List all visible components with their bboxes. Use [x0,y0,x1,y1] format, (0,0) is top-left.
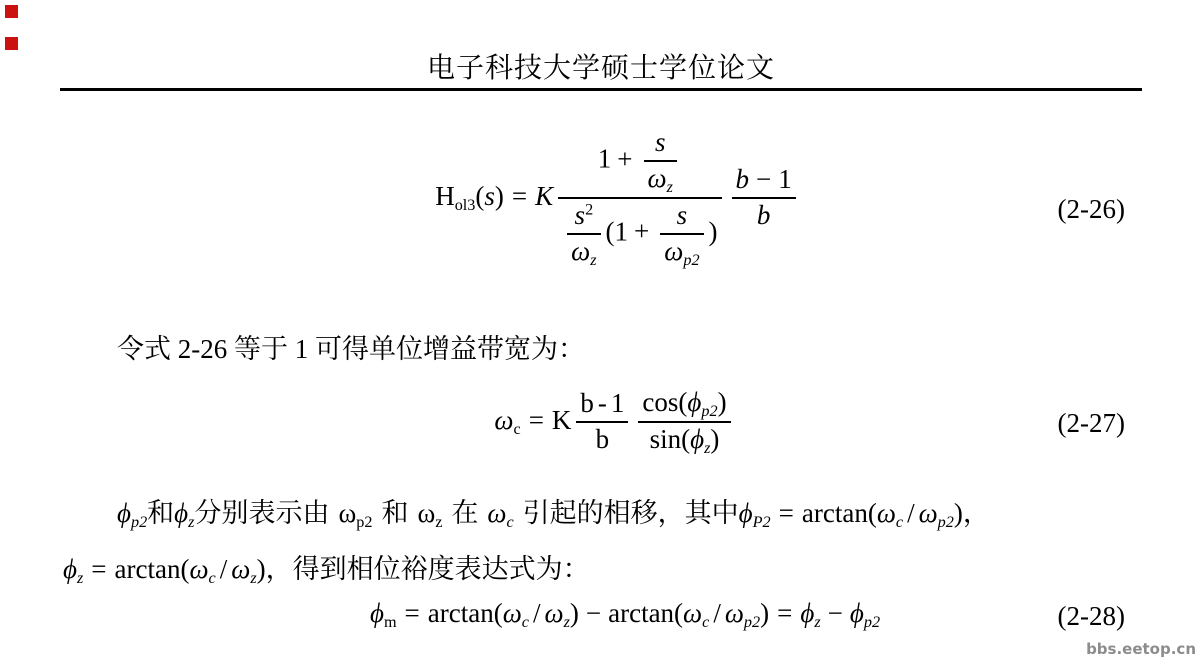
math-token: ϕ [174,498,188,528]
eq26-main-denominator: s2ωz(1+sωp2) [558,197,721,270]
math-token: s [575,200,586,230]
math-token: 2 [585,200,593,218]
math-token: ) [495,181,504,211]
math-token: ω [664,236,683,266]
text-token: 在 [451,498,478,528]
math-token: p2 [131,513,147,531]
eq27-frac-b: b-1 b [576,387,628,457]
math-group: ωz [417,498,442,528]
frac-den: ωp2 [660,233,703,270]
math-token: ) [718,387,727,417]
math-run: ωc=K [494,405,571,439]
math-token: 1 [611,388,625,418]
math-token: m [384,613,397,631]
eq26-main-fraction: 1+sωz s2ωz(1+sωp2) [558,126,721,270]
math-token: arctan( [428,598,503,628]
math-token: = [405,598,420,628]
math-token: ) [709,216,718,246]
math-group: ωc [487,498,513,528]
text-token: 和 [381,498,408,528]
math-token: ω [231,554,250,584]
text-token: 分别表示由 [194,498,329,528]
math-token: ω [683,598,702,628]
math-token: z [77,569,83,587]
math-token: z [435,513,442,531]
equation-2-26: Hol3(s)=K 1+sωz s2ωz(1+sωp2) b−1 b [0,126,1202,270]
math-token: ϕ [690,424,704,454]
math-token: H [435,181,455,211]
math-token: b [580,388,594,418]
math-token: - [598,388,607,418]
math-token: arctan( [608,598,683,628]
math-token: ω [338,498,356,528]
frac-den: sin(ϕz) [638,421,730,458]
math-token: p2 [938,513,954,531]
equation-label-2-27: (2-27) [1058,408,1125,439]
math-token: / [907,498,915,528]
math-token: K [535,181,553,211]
math-token: − [828,598,843,628]
math-token: ) [954,498,963,528]
eq26-frac-s-over-wp2: sωp2 [660,199,703,270]
math-token: z [667,178,673,196]
frac-num: cos(ϕp2) [638,386,730,421]
paragraph-1: 令式 2-26 等于 1 可得单位增益带宽为： [117,327,585,366]
frac-num: b−1 [732,163,796,197]
math-token: ϕ [370,598,384,628]
math-token: c [209,569,216,587]
math-token: b [757,200,771,230]
math-token: ϕ [687,387,701,417]
math-token: = [779,498,794,528]
math-token: ϕ [800,598,814,628]
math-token: ω [571,236,590,266]
eq27-frac-trig: cos(ϕp2) sin(ϕz) [638,386,730,458]
math-token: ω [487,498,506,528]
math-token: ) [257,554,266,584]
eq26-frac-s2-over-wz: s2ωz [567,199,600,270]
red-marker-icon [5,5,18,18]
math-token: c [514,420,521,438]
watermark: bbs.eetop.cn [1086,640,1196,658]
paragraph-2-line-2: ϕz=arctan(ωc/ωz)，得到相位裕度表达式为： [63,547,590,588]
math-token: ω [494,405,513,435]
equation-label-2-28: (2-28) [1058,601,1125,632]
frac-den: ωz [644,160,677,197]
math-token: = [529,405,544,435]
equation-2-27-row: ωc=K b-1 b cos(ϕp2) sin(ϕz) [494,386,735,458]
math-run: Hol3(s)=K [435,181,553,215]
math-token: ω [417,498,435,528]
math-token: ) [710,424,719,454]
text-token: ，得到相位裕度表达式为： [266,554,590,584]
math-token: ϕ [739,498,753,528]
frac-den: b [576,421,628,457]
math-token: z [814,613,820,631]
frac-num: s [644,126,677,160]
math-token: p2 [744,613,760,631]
math-token: ϕ [850,598,864,628]
math-token: s [677,200,688,230]
math-token: ω [877,498,896,528]
math-token: P2 [753,513,771,531]
math-token: p2 [356,513,372,531]
math-token: c [702,613,709,631]
math-token: ω [544,598,563,628]
math-token: c [896,513,903,531]
math-token: 1 [615,216,629,246]
math-token: − [586,598,601,628]
math-token: ) [570,598,579,628]
math-token: K [552,405,572,435]
math-token: − [756,164,771,194]
math-token: ol3 [455,196,476,214]
math-token: c [506,513,513,531]
text-token: 引起的相移，其中 [523,498,739,528]
math-token: / [713,598,721,628]
math-token: / [533,598,541,628]
equation-label-2-26: (2-26) [1058,194,1125,225]
math-token: c [522,613,529,631]
page-header-title: 电子科技大学硕士学位论文 [0,46,1202,86]
frac-num: b-1 [576,387,628,421]
math-token: p2 [683,250,699,268]
paragraph-2-line-1: ϕp2和ϕz分别表示由ωp2和ωz在ωc引起的相移，其中ϕP2=arctan(ω… [117,491,990,532]
math-token: ω [725,598,744,628]
text-token: 和 [147,498,174,528]
math-token: arctan( [115,554,190,584]
eq26-main-numerator: 1+sωz [558,126,721,197]
eq26-frac-b: b−1 b [732,163,796,233]
equation-2-27: ωc=K b-1 b cos(ϕp2) sin(ϕz) [0,386,1202,458]
math-token: = [91,554,106,584]
math-token: b [736,164,750,194]
math-token: ( [606,216,615,246]
eq26-frac-s-over-wz: sωz [644,126,677,197]
math-token: = [777,598,792,628]
math-token: + [617,144,632,174]
math-token: 1 [778,164,792,194]
math-token: p2 [701,402,717,420]
math-token: p2 [864,613,880,631]
frac-num: s [660,199,703,233]
frac-den: ωz [567,233,600,270]
thesis-page: 电子科技大学硕士学位论文 Hol3(s)=K 1+sωz s2ωz(1+sωp2… [0,0,1202,660]
math-token: ω [919,498,938,528]
math-token: = [512,181,527,211]
math-token: ϕ [63,554,77,584]
equation-2-28: ϕm=arctan(ωc/ωz)−arctan(ωc/ωp2)=ϕz−ϕp2 [0,598,1202,632]
math-token: + [634,216,649,246]
frac-den: b [732,197,796,233]
header-rule [60,88,1142,91]
math-token: sin( [650,424,691,454]
math-token: ) [760,598,769,628]
math-token: cos( [642,387,687,417]
math-run: ϕm=arctan(ωc/ωz)−arctan(ωc/ωp2)=ϕz−ϕp2 [370,598,880,632]
math-token: ϕ [117,498,131,528]
equation-2-28-row: ϕm=arctan(ωc/ωz)−arctan(ωc/ωp2)=ϕz−ϕp2 [370,598,880,632]
math-token: ω [503,598,522,628]
math-token: s [484,181,495,211]
math-token: ω [189,554,208,584]
equation-2-26-row: Hol3(s)=K 1+sωz s2ωz(1+sωp2) b−1 b [435,126,801,270]
math-token: z [590,250,596,268]
frac-num: s2 [567,199,600,233]
math-group: ωp2 [338,498,372,528]
math-token: 1 [598,144,612,174]
math-token: / [220,554,228,584]
math-token: s [655,127,666,157]
text-token: ， [963,498,990,528]
math-token: b [596,424,610,454]
math-token: arctan( [802,498,877,528]
math-token: ω [648,163,667,193]
